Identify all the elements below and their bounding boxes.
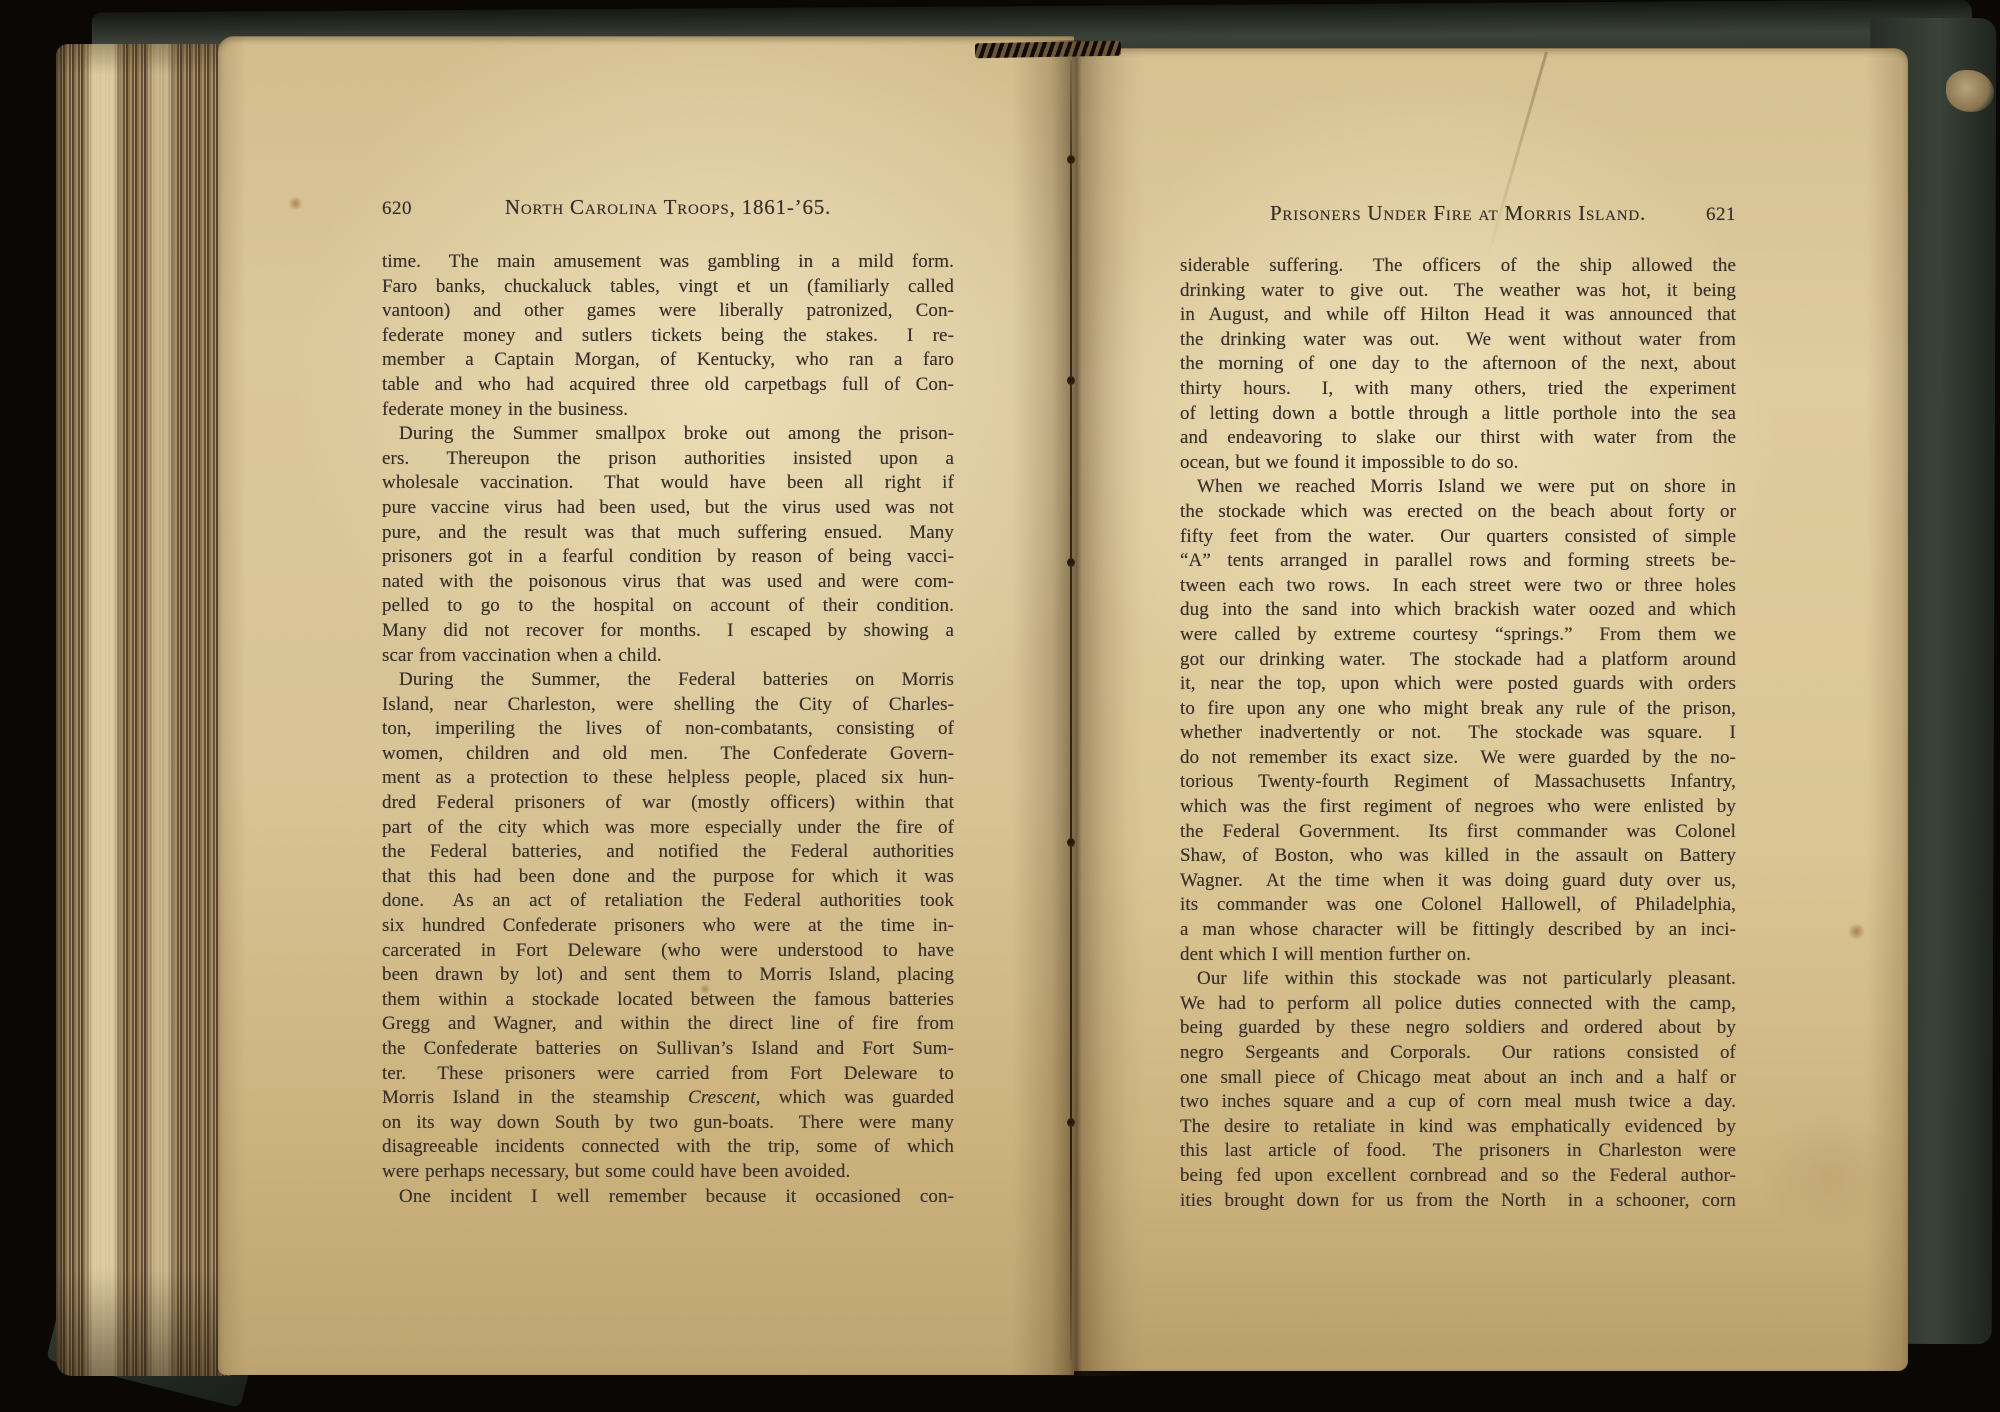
text-line: dug into the sand into which brackish wa… xyxy=(1180,598,1736,623)
text-line: dent which I will mention further on. xyxy=(1180,943,1736,968)
right-page-text: siderable suffering. The officers of the… xyxy=(1180,254,1736,1213)
text-line: of letting down a bottle through a littl… xyxy=(1180,402,1736,427)
text-line: disagreeable incidents connected with th… xyxy=(382,1135,954,1160)
book-gutter-shadow xyxy=(1012,40,1144,1376)
text-line: being guarded by these negro soldiers an… xyxy=(1180,1016,1736,1041)
text-line: got our drinking water. The stockade had… xyxy=(1180,648,1736,673)
text-line: carcerated in Fort Deleware (who were un… xyxy=(382,939,954,964)
text-line: pure vaccine virus had been used, but th… xyxy=(382,496,954,521)
text-line: its commander was one Colonel Hallowell,… xyxy=(1180,893,1736,918)
left-page-number: 620 xyxy=(382,196,442,222)
text-line: were called by extreme courtesy “springs… xyxy=(1180,623,1736,648)
text-line: being fed upon excellent cornbread and s… xyxy=(1180,1164,1736,1189)
left-page-header: 620 North Carolina Troops, 1861-’65. xyxy=(382,194,954,222)
text-line: ocean, but we found it impossible to do … xyxy=(1180,451,1736,476)
text-line: ment as a protection to these helpless p… xyxy=(382,766,954,791)
page-edges-stack xyxy=(56,44,230,1376)
text-line: and endeavoring to slake our thirst with… xyxy=(1180,426,1736,451)
text-line: six hundred Confederate prisoners who we… xyxy=(382,914,954,939)
text-line: ers. Thereupon the prison authorities in… xyxy=(382,447,954,472)
binding-fold-line xyxy=(1070,60,1072,1360)
text-line: Faro banks, chuckaluck tables, vingt et … xyxy=(382,275,954,300)
text-line: the drinking water was out. We went with… xyxy=(1180,328,1736,353)
text-line: prisoners got in a fearful condition by … xyxy=(382,545,954,570)
text-line: During the Summer, the Federal batteries… xyxy=(382,668,954,693)
text-line: Many did not recover for months. I escap… xyxy=(382,619,954,644)
text-line: ton, imperiling the lives of non-combata… xyxy=(382,717,954,742)
binding-stitch-hole xyxy=(1067,1118,1075,1127)
right-running-title: Prisoners Under Fire at Morris Island. xyxy=(1240,200,1676,226)
binding-stitch-hole xyxy=(1067,155,1075,164)
text-line: federate money in the business. xyxy=(382,398,954,423)
text-line: negro Sergeants and Corporals. Our ratio… xyxy=(1180,1041,1736,1066)
text-line: tween each two rows. In each street were… xyxy=(1180,574,1736,599)
text-line: which was the first regiment of negroes … xyxy=(1180,795,1736,820)
cover-corner-wear-spot xyxy=(1946,70,1994,112)
text-line: it, near the top, upon which were posted… xyxy=(1180,672,1736,697)
text-line: women, children and old men. The Confede… xyxy=(382,742,954,767)
text-line: nated with the poisonous virus that was … xyxy=(382,570,954,595)
binding-stitch-hole xyxy=(1067,838,1075,847)
text-line: the Confederate batteries on Sullivan’s … xyxy=(382,1037,954,1062)
text-line: part of the city which was more especial… xyxy=(382,816,954,841)
text-line: do not remember its exact size. We were … xyxy=(1180,746,1736,771)
book-scan-background: { "book": { "left_page": { "page_number"… xyxy=(0,0,2000,1412)
left-page-text: time. The main amusement was gambling in… xyxy=(382,250,954,1209)
text-line: the Federal batteries, and notified the … xyxy=(382,840,954,865)
text-line: pelled to go to the hospital on account … xyxy=(382,594,954,619)
binding-stitch-hole xyxy=(1067,558,1075,567)
text-line: done. As an act of retaliation the Feder… xyxy=(382,889,954,914)
text-line: The desire to retaliate in kind was emph… xyxy=(1180,1115,1736,1140)
text-line: Gregg and Wagner, and within the direct … xyxy=(382,1012,954,1037)
text-line: “A” tents arranged in parallel rows and … xyxy=(1180,549,1736,574)
binding-stitch-headband xyxy=(975,41,1121,59)
text-line: table and who had acquired three old car… xyxy=(382,373,954,398)
text-line: We had to perform all police duties conn… xyxy=(1180,992,1736,1017)
text-line: When we reached Morris Island we were pu… xyxy=(1180,475,1736,500)
text-line: this last article of food. The prisoners… xyxy=(1180,1139,1736,1164)
text-line: whether inadvertently or not. The stocka… xyxy=(1180,721,1736,746)
text-line: torious Twenty-fourth Regiment of Massac… xyxy=(1180,770,1736,795)
text-line: Shaw, of Boston, who was killed in the a… xyxy=(1180,844,1736,869)
text-line: in August, and while off Hilton Head it … xyxy=(1180,303,1736,328)
left-page-content: 620 North Carolina Troops, 1861-’65. tim… xyxy=(382,194,954,1209)
text-line: ities brought down for us from the North… xyxy=(1180,1189,1736,1214)
foxing-spot xyxy=(288,197,303,210)
text-line: on its way down South by two gun-boats. … xyxy=(382,1111,954,1136)
text-line: wholesale vaccination. That would have b… xyxy=(382,471,954,496)
text-line: During the Summer smallpox broke out amo… xyxy=(382,422,954,447)
left-running-title: North Carolina Troops, 1861-’65. xyxy=(442,194,894,220)
text-line: One incident I well remember because it … xyxy=(382,1185,954,1210)
text-line: two inches square and a cup of corn meal… xyxy=(1180,1090,1736,1115)
text-line: time. The main amusement was gambling in… xyxy=(382,250,954,275)
text-line: siderable suffering. The officers of the… xyxy=(1180,254,1736,279)
right-page-header: Prisoners Under Fire at Morris Island. 6… xyxy=(1180,200,1736,228)
text-line: thirty hours. I, with many others, tried… xyxy=(1180,377,1736,402)
text-line: pure, and the result was that much suffe… xyxy=(382,521,954,546)
text-line: drinking water to give out. The weather … xyxy=(1180,279,1736,304)
text-line: fifty feet from the water. Our quarters … xyxy=(1180,525,1736,550)
text-line: federate money and sutlers tickets being… xyxy=(382,324,954,349)
text-line: vantoon) and other games were liberally … xyxy=(382,299,954,324)
text-line: Morris Island in the steamship Crescent,… xyxy=(382,1086,954,1111)
text-line: dred Federal prisoners of war (mostly of… xyxy=(382,791,954,816)
page-stain xyxy=(1756,1110,1906,1240)
text-line: Wagner. At the time when it was doing gu… xyxy=(1180,869,1736,894)
text-line: been drawn by lot) and sent them to Morr… xyxy=(382,963,954,988)
text-line: the stockade which was erected on the be… xyxy=(1180,500,1736,525)
text-line: one small piece of Chicago meat about an… xyxy=(1180,1066,1736,1091)
text-line: ter. These prisoners were carried from F… xyxy=(382,1062,954,1087)
text-line: scar from vaccination when a child. xyxy=(382,644,954,669)
text-line: Our life within this stockade was not pa… xyxy=(1180,967,1736,992)
text-line: member a Captain Morgan, of Kentucky, wh… xyxy=(382,348,954,373)
foxing-spot xyxy=(1848,924,1865,939)
text-line: a man whose character will be fittingly … xyxy=(1180,918,1736,943)
text-line: to fire upon any one who might break any… xyxy=(1180,697,1736,722)
text-line: that this had been done and the purpose … xyxy=(382,865,954,890)
right-page-number: 621 xyxy=(1676,202,1736,228)
binding-stitch-hole xyxy=(1067,376,1075,385)
text-line: were perhaps necessary, but some could h… xyxy=(382,1160,954,1185)
right-page-content: Prisoners Under Fire at Morris Island. 6… xyxy=(1180,200,1736,1213)
text-line: the Federal Government. Its first comman… xyxy=(1180,820,1736,845)
text-line: the morning of one day to the afternoon … xyxy=(1180,352,1736,377)
text-line: them within a stockade located between t… xyxy=(382,988,954,1013)
text-line: Island, near Charleston, were shelling t… xyxy=(382,693,954,718)
